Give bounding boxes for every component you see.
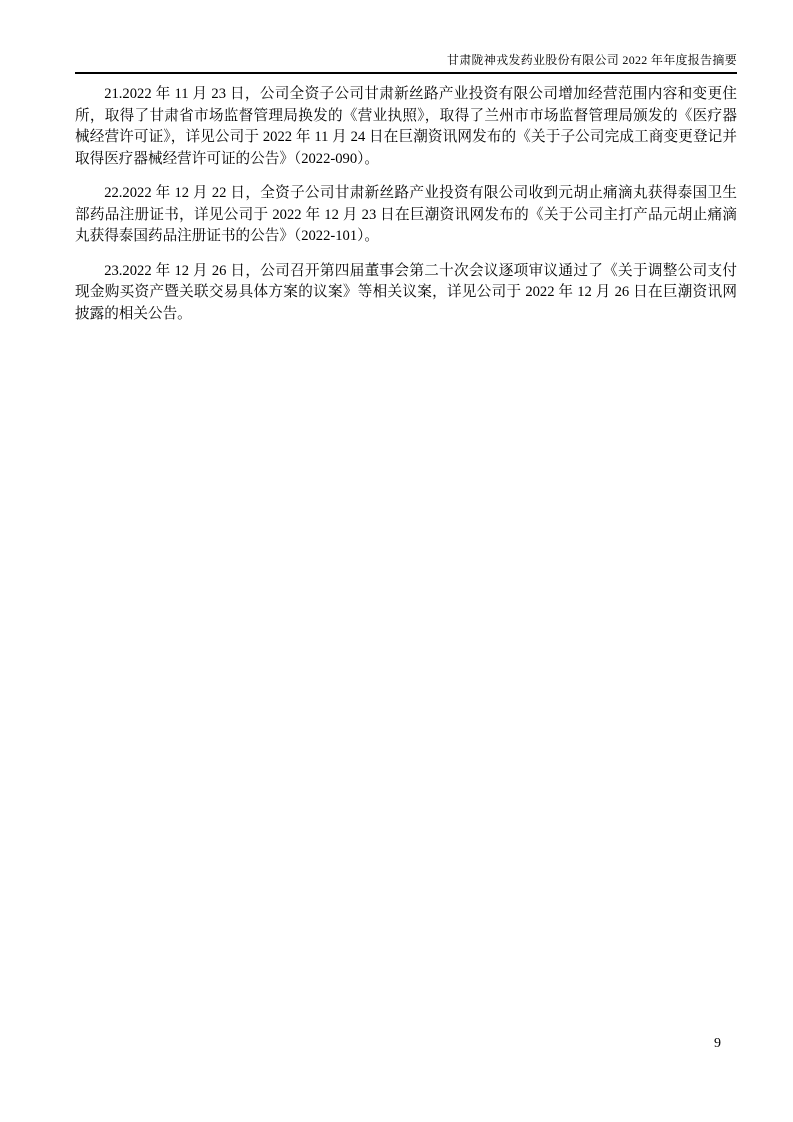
report-body: 21.2022 年 11 月 23 日，公司全资子公司甘肃新丝路产业投资有限公司… xyxy=(75,80,737,334)
paragraph-item-22: 22.2022 年 12 月 22 日，全资子公司甘肃新丝路产业投资有限公司收到… xyxy=(75,179,737,248)
report-header-title: 甘肃陇神戎发药业股份有限公司 2022 年年度报告摘要 xyxy=(447,53,737,67)
page-header: 甘肃陇神戎发药业股份有限公司 2022 年年度报告摘要 xyxy=(75,0,737,74)
page-number: 9 xyxy=(714,1035,721,1053)
paragraph-item-21: 21.2022 年 11 月 23 日，公司全资子公司甘肃新丝路产业投资有限公司… xyxy=(75,80,737,170)
report-page: 甘肃陇神戎发药业股份有限公司 2022 年年度报告摘要 21.2022 年 11… xyxy=(0,0,793,1122)
paragraph-item-23: 23.2022 年 12 月 26 日，公司召开第四届董事会第二十次会议逐项审议… xyxy=(75,257,737,326)
